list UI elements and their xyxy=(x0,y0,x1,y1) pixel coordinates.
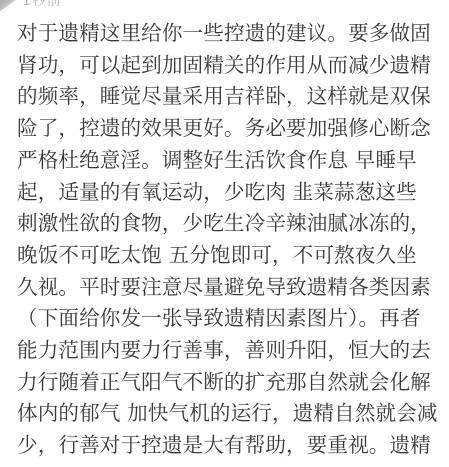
text-line: 肾功，可以起到加固精关的作用从而减少遗精 xyxy=(17,50,443,82)
text-line: 体内的郁气 加快气机的运行，遗精自然就会减 xyxy=(17,398,443,430)
text-line: 起，适量的有氧运动，少吃肉 韭菜蒜葱这些 xyxy=(17,177,443,209)
message-text: 对于遗精这里给你一些控遗的建议。要多做固 肾功，可以起到加固精关的作用从而减少遗… xyxy=(17,18,443,462)
text-line: 对于遗精这里给你一些控遗的建议。要多做固 xyxy=(17,18,443,50)
text-line: （下面给你发一张导致遗精因素图片）。再者 xyxy=(17,303,443,335)
text-line: 晚饭不可吃太饱 五分饱即可，不可熬夜久坐 xyxy=(17,240,443,272)
text-line: 的频率，睡觉尽量采用吉祥卧，这样就是双保 xyxy=(17,81,443,113)
chat-message-screen: 1秒前 对于遗精这里给你一些控遗的建议。要多做固 肾功，可以起到加固精关的作用从… xyxy=(0,0,449,467)
timestamp: 1秒前 xyxy=(22,0,62,9)
text-line: 久视。平时要注意尽量避免导致遗精各类因素 xyxy=(17,272,443,304)
text-line: 刺激性欲的食物，少吃生冷辛辣油腻冰冻的， xyxy=(17,208,443,240)
message-meta-row: 1秒前 xyxy=(0,0,449,12)
text-line: 少，行善对于控遗是大有帮助，要重视。遗精 xyxy=(17,430,443,462)
text-line: 力行随着正气阳气不断的扩充那自然就会化解 xyxy=(17,367,443,399)
text-line: 险了，控遗的效果更好。务必要加强修心断念 xyxy=(17,113,443,145)
avatar-corner-icon xyxy=(0,0,16,11)
text-line: 能力范围内要力行善事，善则升阳，恒大的去 xyxy=(17,335,443,367)
text-line: 严格杜绝意淫。调整好生活饮食作息 早睡早 xyxy=(17,145,443,177)
